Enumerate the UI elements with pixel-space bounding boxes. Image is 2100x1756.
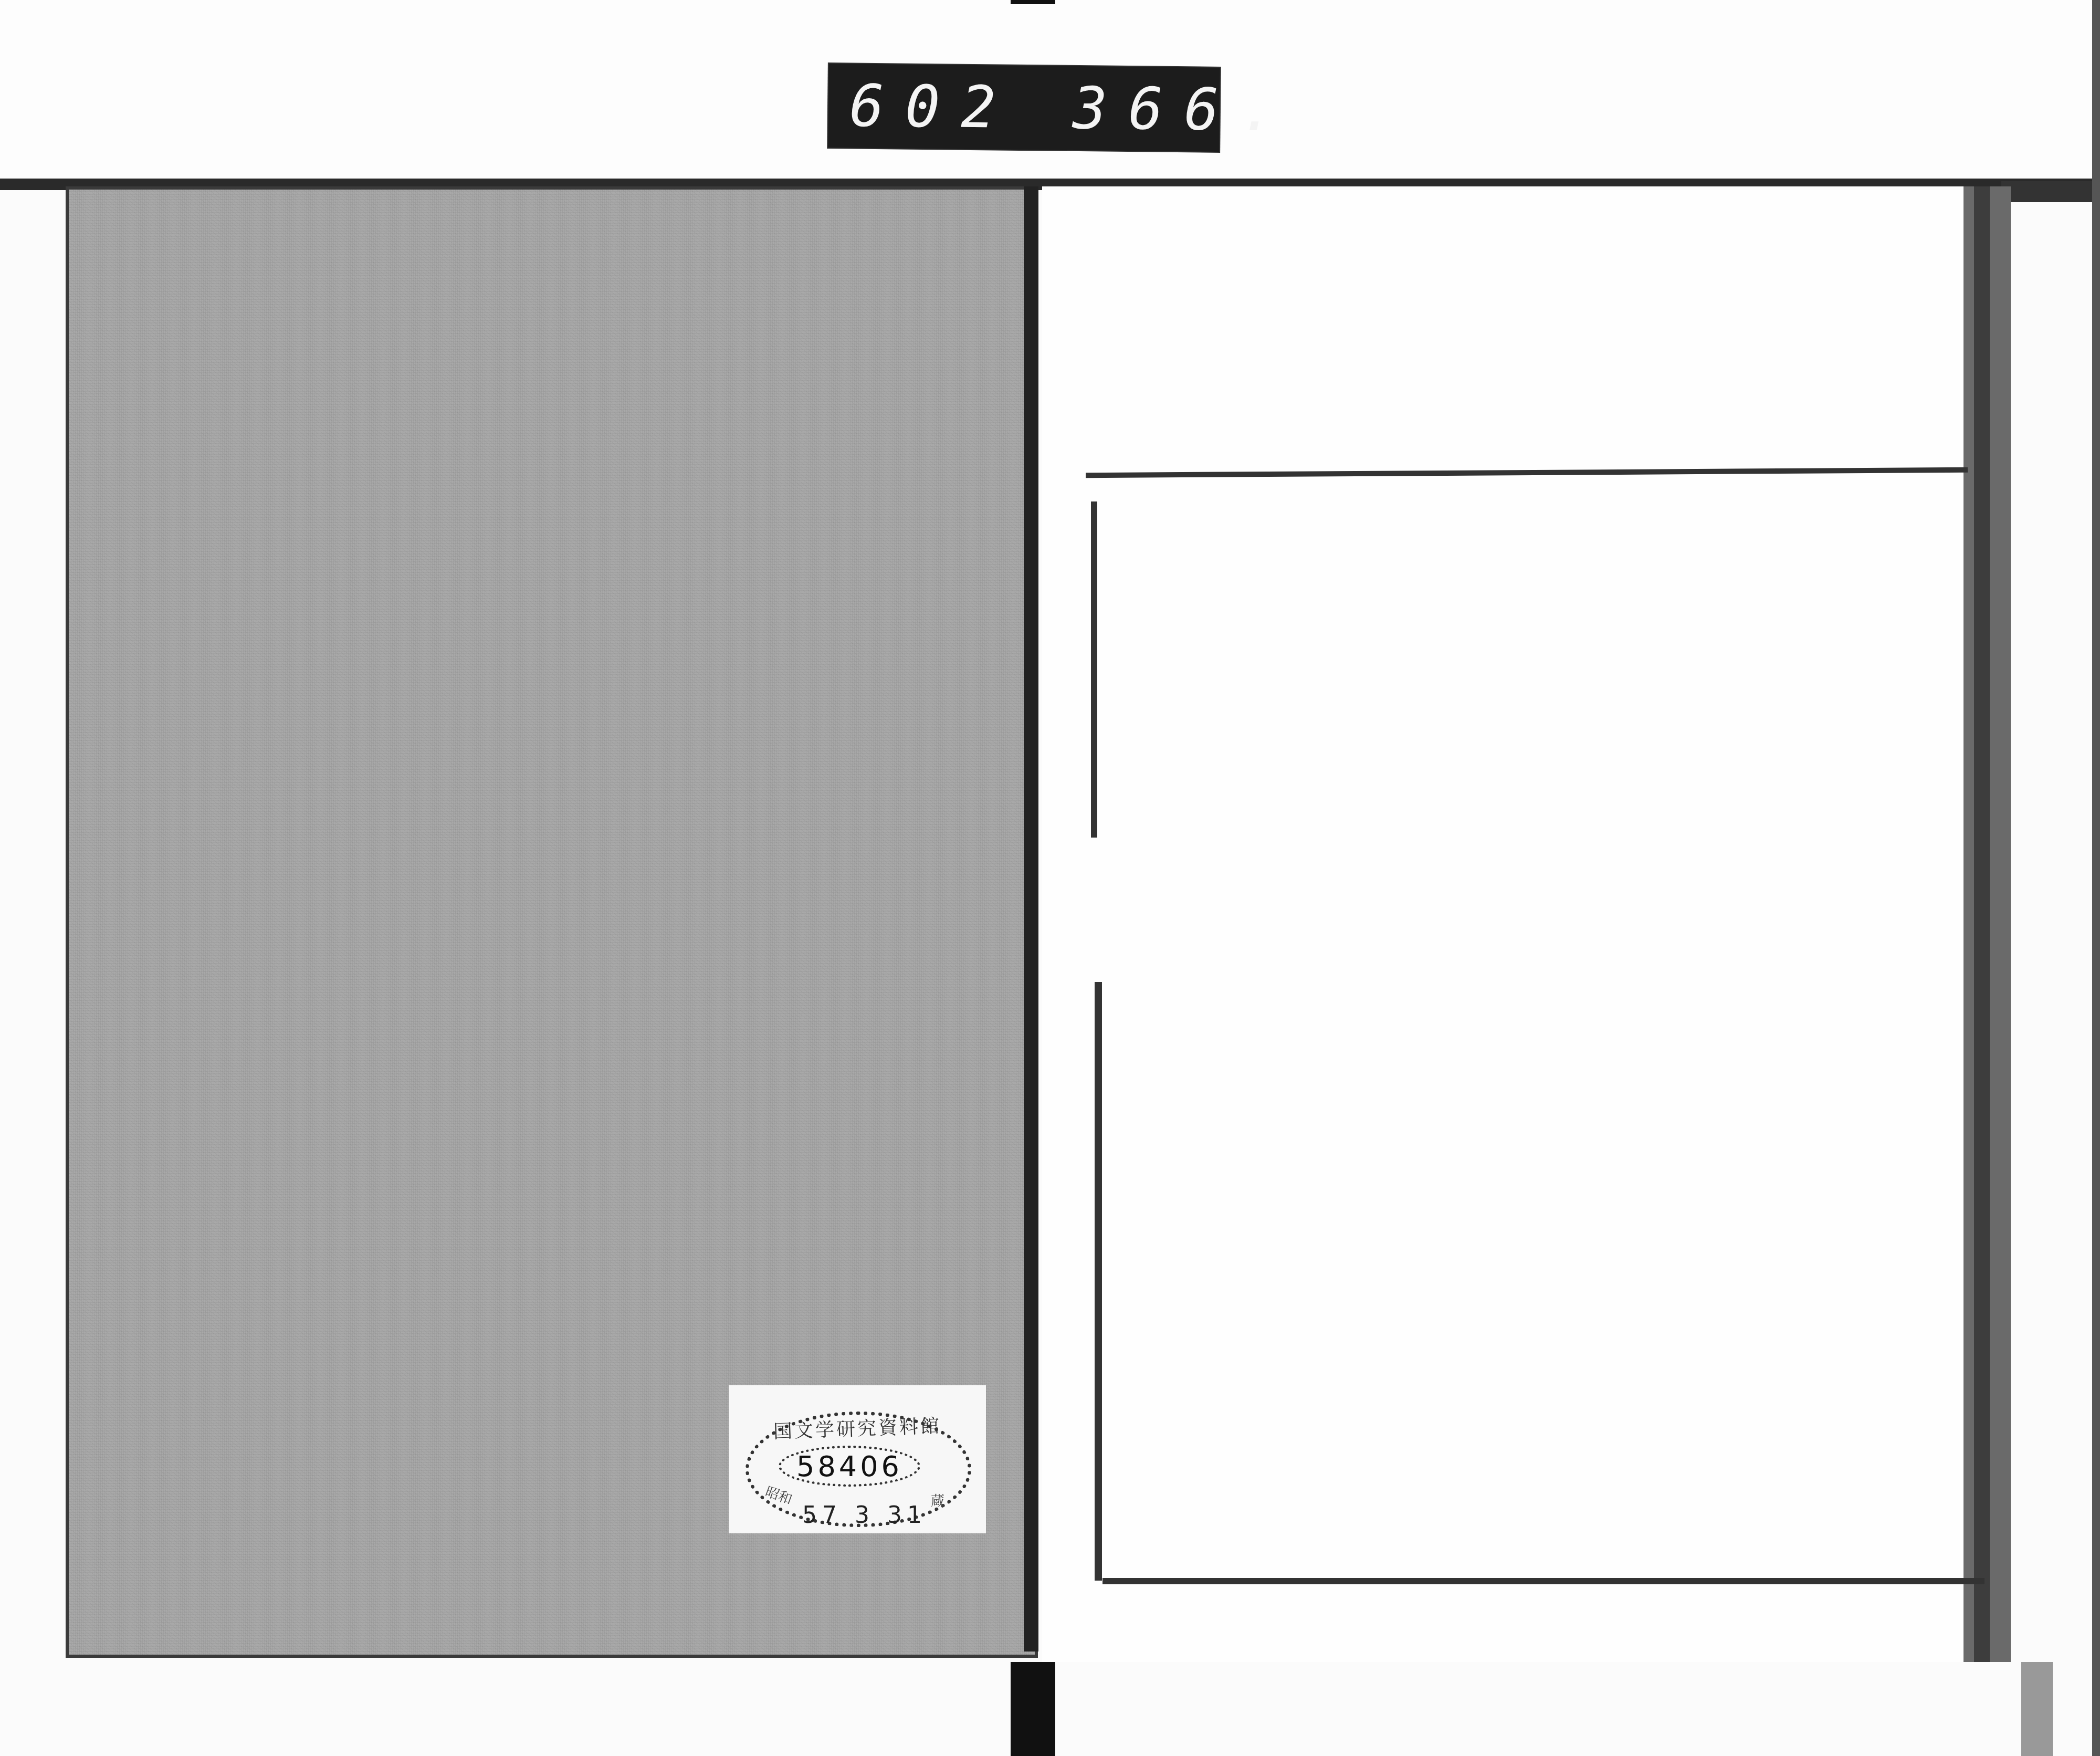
frame-border-left-upper	[1091, 501, 1097, 838]
stamp-date: 57 3 31	[802, 1502, 927, 1529]
bottom-right-edge	[2021, 1662, 2053, 1756]
scan-right-border	[2092, 0, 2100, 1756]
reel-number-text: 602 366.	[828, 77, 1296, 139]
reel-number-label: 602 366.	[828, 64, 1220, 152]
right-page-edge-shadow	[1974, 186, 1990, 1662]
right-top-edge	[2001, 181, 2100, 202]
cover-spine-edge	[1024, 186, 1038, 1652]
frame-border-bottom	[1102, 1578, 1984, 1584]
frame-border-left-lower	[1095, 982, 1102, 1581]
right-page-blank	[1042, 186, 1987, 1662]
spine-shadow-top	[1011, 0, 1055, 4]
library-stamp: 国文学研究資料館 58406 昭和 57 3 31 蔵	[729, 1385, 986, 1533]
stamp-inner-oval: 58406	[779, 1446, 920, 1487]
stamp-accession-number: 58406	[796, 1450, 902, 1483]
spine-shadow-bottom	[1011, 1662, 1055, 1756]
stamp-right-mark: 蔵	[931, 1490, 944, 1510]
